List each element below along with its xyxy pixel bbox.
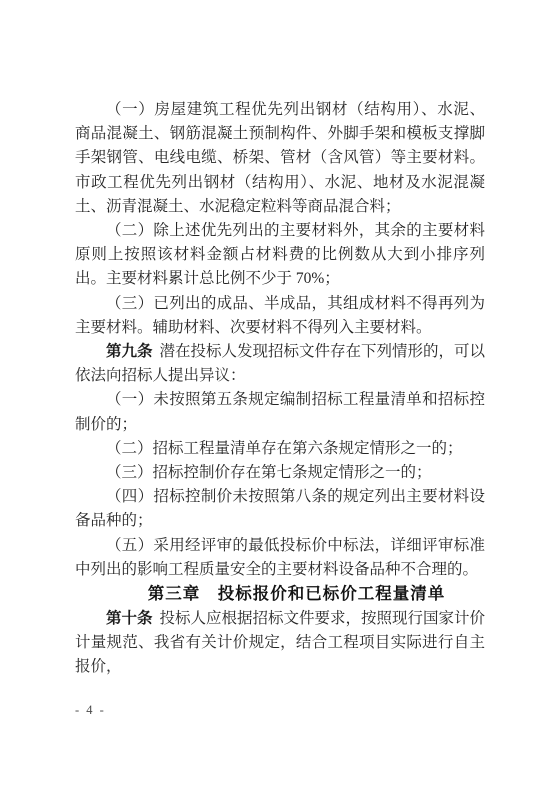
article-9-term: 第九条 xyxy=(106,343,153,360)
body-paragraph-materials-ratio: （二）除上述优先列出的主要材料外，其余的主要材料原则上按照该材料金额占材料费的比… xyxy=(75,219,485,292)
document-body: （一）房屋建筑工程优先列出钢材（结构用）、水泥、商品混凝土、钢筋混凝土预制构件、… xyxy=(75,98,485,680)
chapter-3-heading: 第三章 投标报价和已标价工程量清单 xyxy=(75,582,485,607)
body-paragraph-objection-item-5: （五）采用经评审的最低投标价中标法，详细评审标准中列出的影响工程质量安全的主要材… xyxy=(75,534,485,582)
body-paragraph-article-10: 第十条投标人应根据招标文件要求，按照现行国家计价计量规范、我省有关计价规定，结合… xyxy=(75,607,485,680)
body-paragraph-objection-item-3: （三）招标控制价存在第七条规定情形之一的； xyxy=(75,461,485,485)
page-number: - 4 - xyxy=(75,703,106,718)
body-paragraph-objection-item-2: （二）招标工程量清单存在第六条规定情形之一的； xyxy=(75,437,485,461)
body-paragraph-objection-item-1: （一）未按照第五条规定编制招标工程量清单和招标控制价的； xyxy=(75,388,485,436)
document-page: （一）房屋建筑工程优先列出钢材（结构用）、水泥、商品混凝土、钢筋混凝土预制构件、… xyxy=(0,0,560,792)
body-paragraph-article-9: 第九条潜在投标人发现招标文件存在下列情形的，可以依法向招标人提出异议： xyxy=(75,340,485,388)
body-paragraph-objection-item-4: （四）招标控制价未按照第八条的规定列出主要材料设备品种的； xyxy=(75,485,485,533)
body-paragraph-materials-housing: （一）房屋建筑工程优先列出钢材（结构用）、水泥、商品混凝土、钢筋混凝土预制构件、… xyxy=(75,98,485,219)
body-paragraph-materials-exclusions: （三）已列出的成品、半成品，其组成材料不得再列为主要材料。辅助材料、次要材料不得… xyxy=(75,292,485,340)
article-10-term: 第十条 xyxy=(106,610,153,627)
